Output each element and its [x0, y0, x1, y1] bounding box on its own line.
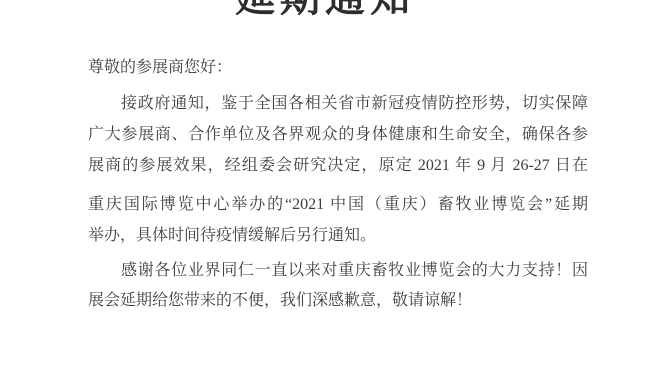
greeting-line: 尊敬的参展商您好：	[88, 57, 232, 79]
notice-document: 延期通知 尊敬的参展商您好： 接政府通知，鉴于全国各相关省市新冠疫情防控形势，切…	[0, 0, 650, 366]
body-line-4: 重庆国际博览中心举办的“2021 中国（重庆）畜牧业博览会”延期	[88, 194, 588, 216]
body-line-1: 接政府通知，鉴于全国各相关省市新冠疫情防控形势，切实保障	[121, 93, 588, 115]
body-line-2: 广大参展商、合作单位及各界观众的身体健康和生命安全，确保各参	[88, 124, 588, 146]
notice-title: 延期通知	[0, 0, 650, 18]
body-line-7: 展会延期给您带来的不便，我们深感歉意，敬请谅解！	[88, 290, 472, 312]
body-line-6: 感谢各位业界同仁一直以来对重庆畜牧业博览会的大力支持！因	[121, 260, 588, 282]
body-line-5: 举办，具体时间待疫情缓解后另行通知。	[88, 225, 376, 247]
body-line-3: 展商的参展效果，经组委会研究决定，原定 2021 年 9 月 26-27 日在	[88, 155, 588, 177]
